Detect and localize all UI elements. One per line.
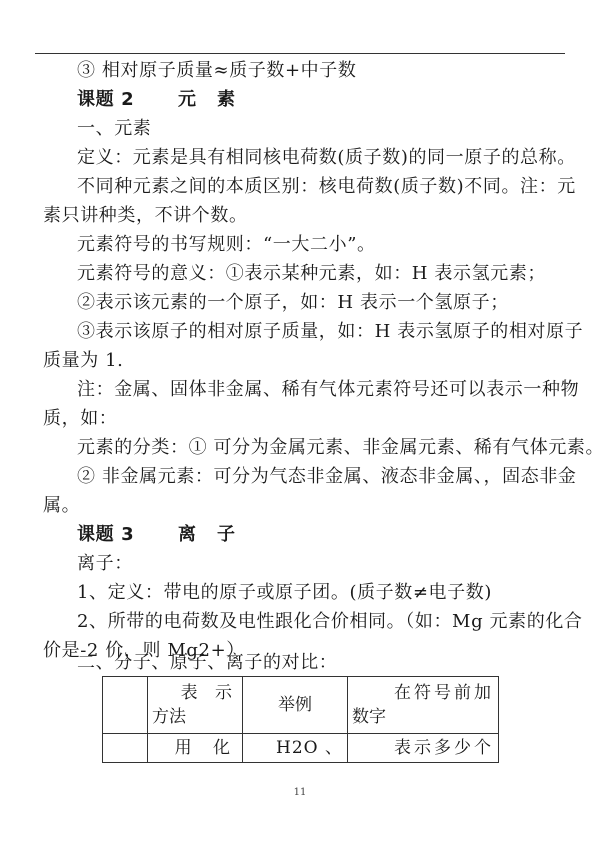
text-line: ③ 相对原子质量≈质子数+中子数 bbox=[77, 60, 356, 82]
heading-number: 课题 2 bbox=[77, 89, 178, 111]
text-line: 质量为 1. bbox=[43, 350, 124, 372]
text-line: 2、所带的电荷数及电性跟化合价相同。（如：Mg 元素的化合 bbox=[77, 611, 583, 633]
table-cell bbox=[103, 677, 148, 734]
text-line: 质，如： bbox=[43, 408, 117, 430]
table-cell: H2O 、 bbox=[243, 734, 348, 763]
table-cell bbox=[103, 734, 148, 763]
heading-title-char: 离 bbox=[178, 524, 217, 546]
section-heading-2: 课题 2元素 bbox=[77, 89, 236, 111]
text-line: 离子： bbox=[77, 553, 133, 575]
page-number: 11 bbox=[0, 787, 600, 798]
text-line: 元素符号的书写规则：“一大二小”。 bbox=[77, 234, 376, 256]
header-text: 表 示 bbox=[152, 681, 238, 705]
subsection-title: 二、分子、原子、离子的对比： bbox=[77, 652, 337, 674]
text-line: 元素符号的意义：①表示某种元素，如：H 表示氢元素； bbox=[77, 263, 546, 285]
heading-title-char: 子 bbox=[217, 524, 236, 546]
table-header-row: 表 示 方法 举例 在符号前加 数字 bbox=[103, 677, 499, 734]
text-line: 素只讲种类，不讲个数。 bbox=[43, 205, 248, 227]
text-line: 属。 bbox=[43, 495, 80, 517]
table-row: 用 化 H2O 、 表示多少个 bbox=[103, 734, 499, 763]
header-text: 在符号前加 bbox=[352, 681, 494, 705]
document-page: ③ 相对原子质量≈质子数+中子数 课题 2元素 一、元素 定义：元素是具有相同核… bbox=[0, 0, 600, 848]
table-cell: 在符号前加 数字 bbox=[348, 677, 499, 734]
heading-title-char: 素 bbox=[217, 89, 236, 111]
heading-title-char: 元 bbox=[178, 89, 217, 111]
text-line: 注：金属、固体非金属、稀有气体元素符号还可以表示一种物 bbox=[77, 379, 579, 401]
section-heading-3: 课题 3离子 bbox=[77, 524, 236, 546]
heading-number: 课题 3 bbox=[77, 524, 178, 546]
text-line: ③表示该原子的相对原子质量，如：H 表示氢原子的相对原子 bbox=[77, 321, 583, 343]
text-line: ② 非金属元素：可分为气态非金属、液态非金属、，固态非金 bbox=[77, 466, 577, 488]
text-line: 不同种元素之间的本质区别：核电荷数(质子数)不同。注：元 bbox=[77, 176, 576, 198]
table-cell: 表示多少个 bbox=[348, 734, 499, 763]
header-rule bbox=[35, 53, 565, 54]
header-text: 方法 bbox=[152, 705, 238, 729]
header-text: 数字 bbox=[352, 705, 494, 729]
table-cell: 举例 bbox=[243, 677, 348, 734]
table-cell: 表 示 方法 bbox=[148, 677, 243, 734]
table-cell: 用 化 bbox=[148, 734, 243, 763]
text-line: ②表示该元素的一个原子，如：H 表示一个氢原子； bbox=[77, 292, 509, 314]
comparison-table: 表 示 方法 举例 在符号前加 数字 用 化 H2O 、 表示多少个 bbox=[102, 676, 499, 763]
subsection-title: 一、元素 bbox=[77, 118, 151, 140]
text-line: 1、定义：带电的原子或原子团。(质子数≠电子数) bbox=[77, 582, 492, 604]
text-line: 元素的分类：① 可分为金属元素、非金属元素、稀有气体元素。 bbox=[77, 437, 600, 459]
text-line: 定义：元素是具有相同核电荷数(质子数)的同一原子的总称。 bbox=[77, 147, 576, 169]
